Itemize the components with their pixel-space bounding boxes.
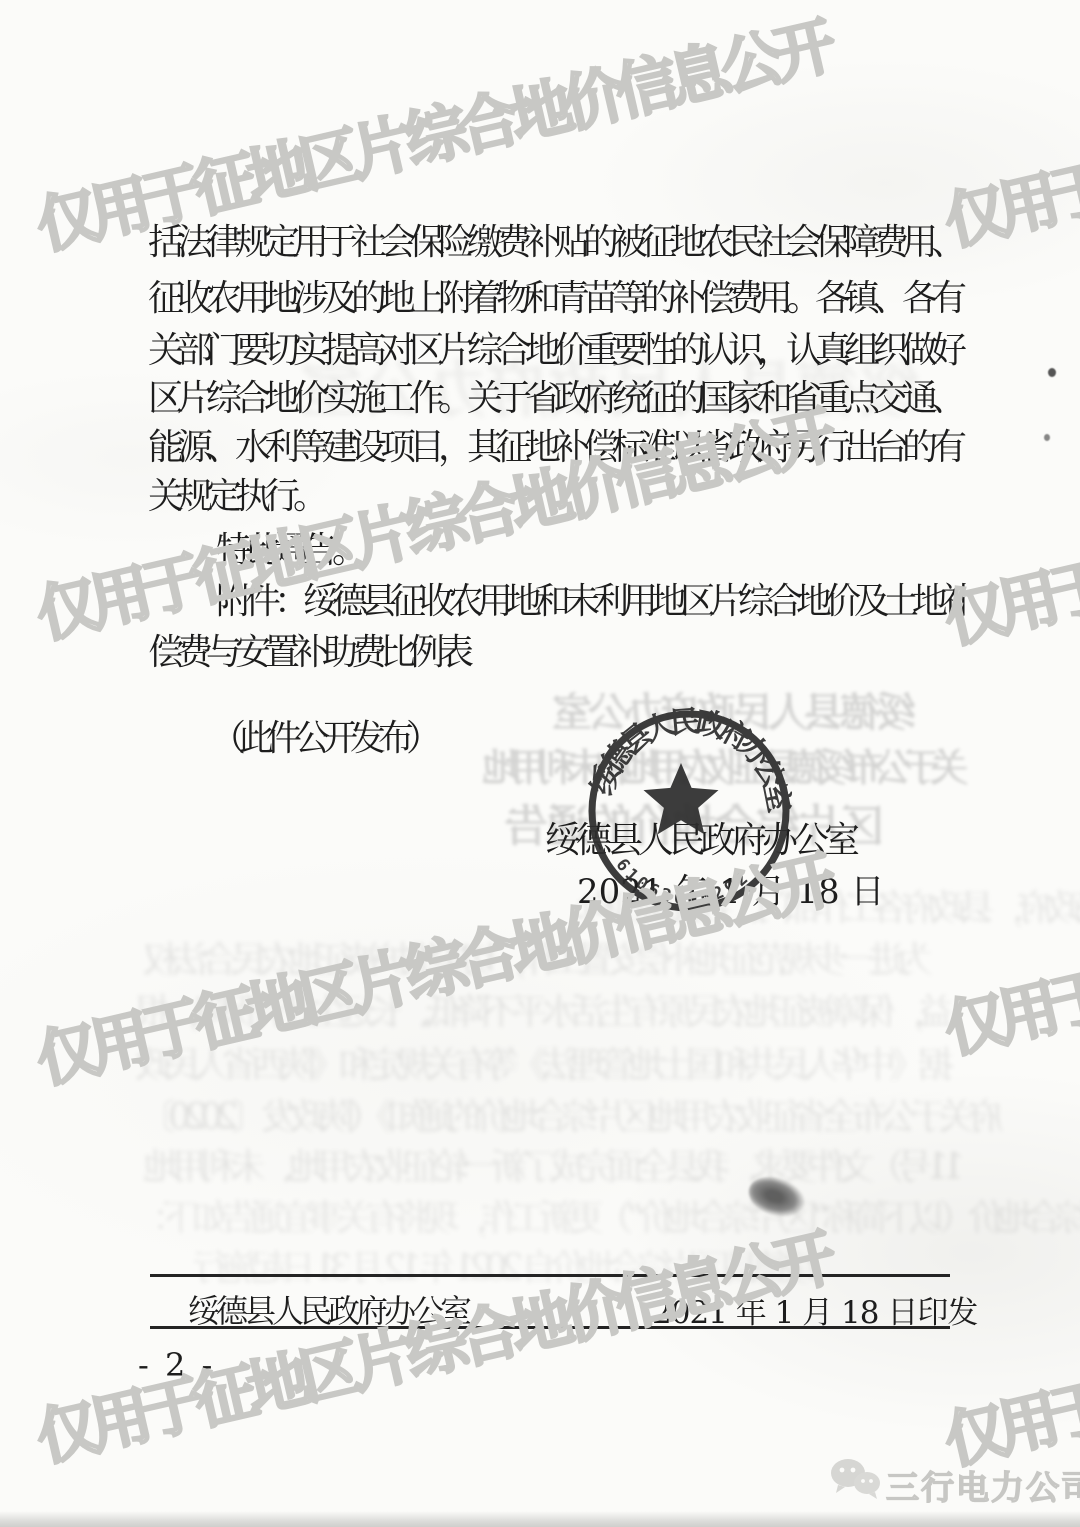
body-line: 能源、水利等建设项目，其征地补偿标准以省政府另行出台的有 <box>148 419 960 470</box>
notice-line: 特此通告。 <box>216 522 361 573</box>
page-number: - 2 - <box>138 1346 215 1384</box>
bleedthrough-body-line: 为进一步规范征地补偿安置工作，切实维护被征地农民合法权 <box>150 932 933 983</box>
body-line: 关规定执行。 <box>148 468 322 519</box>
scanned-document-page: 绥德县人民政府办公室 绥德县人民政府办公室 关于公布绥德县征收农用地和未利用地 … <box>0 0 1080 1527</box>
bleedthrough-body-line: 区片综合地价（以下简称“区片综合地价”）更新工作，现将有关事宜通告如下： <box>140 1190 1080 1241</box>
body-line: 关部门要切实提高对区片综合地价重要性的认识，认真组织做好 <box>148 322 960 373</box>
body-line: 区片综合地价实施工作。关于省政府统征的国家和省重点交通、 <box>148 370 960 421</box>
attachment-line: 偿费与安置补助费比例表 <box>148 624 467 675</box>
watermark-fragment: 仅用于征地区片综合地价信息公开 <box>937 809 1080 1073</box>
seal-serial-number: 61062600292 <box>612 855 756 909</box>
official-seal: 绥德县人民政府办公室 61062600292 <box>583 705 795 917</box>
attachment-line: 附件：绥德县征收农用地和未利用地区片综合地价及土地补 <box>216 573 970 624</box>
bleedthrough-body-line: 绥德县区片综合地价自 2021 年 12 月 31 日起施行 <box>200 1240 818 1291</box>
body-line: 征收农用地涉及的地上附着物和青苗等的补偿费用。各镇、各有 <box>148 270 960 321</box>
footer-rule-bottom <box>150 1326 950 1329</box>
company-name: 三行电力公司 <box>886 1462 1080 1509</box>
bleedthrough-body-line: 据《中华人民共和国土地管理法》等有关规定和《陕西省人民政 <box>142 1037 954 1088</box>
svg-text:61062600292: 61062600292 <box>612 855 756 909</box>
scan-speck <box>1048 368 1056 377</box>
bleedthrough-body-line: 11号）文件要求，我县全面完成了新一轮征收农用地、未利用地 <box>150 1139 965 1190</box>
scan-speck <box>1044 434 1050 441</box>
body-line: 括法律规定用于社会保险缴费补贴的被征地农民社会保障费用、 <box>148 214 960 265</box>
wechat-icon <box>826 1455 884 1505</box>
watermark-fragment: 仅用于征地区片综合地价信息公开 <box>937 1220 1080 1484</box>
public-release-note: （此件公开发布） <box>210 710 434 761</box>
footer-rule-top <box>150 1274 950 1277</box>
ink-blot <box>744 1170 811 1224</box>
page-bottom-edge <box>0 1511 1080 1527</box>
seal-star-icon <box>644 763 719 834</box>
bleedthrough-body-line: 益，保障被征地农民原有生活水平不降低、长远生计有保障，根 <box>142 984 954 1035</box>
bleedthrough-body-line: 府关于公布全省征收农用地区片综合地价的通知》（陕政发〔2020〕 <box>146 1089 1004 1140</box>
